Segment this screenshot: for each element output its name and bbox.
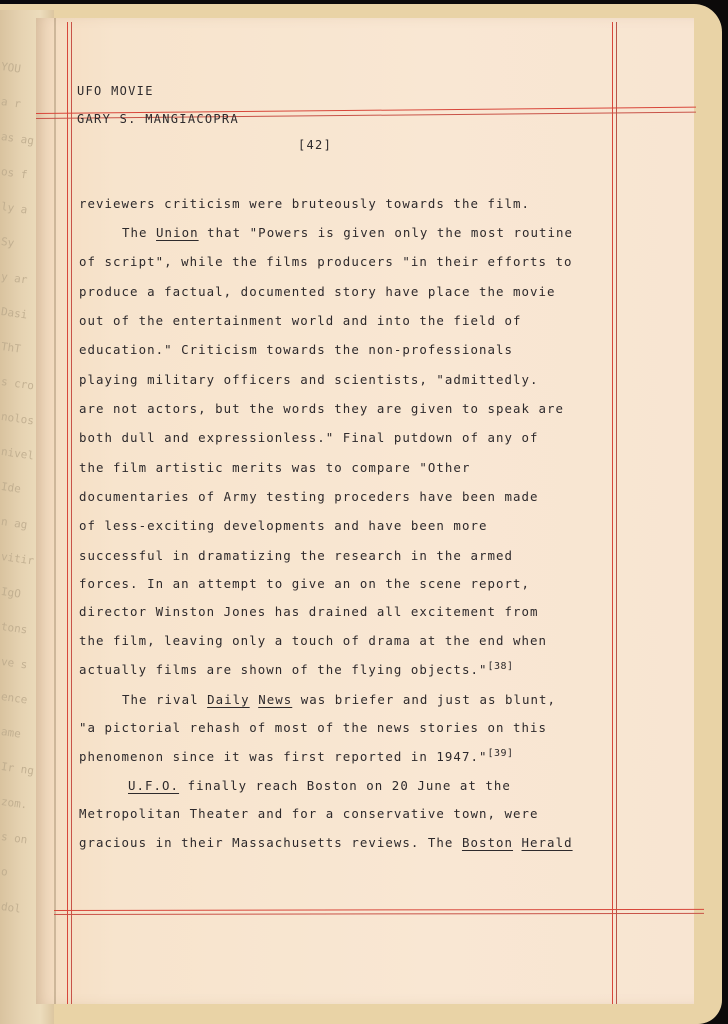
facing-page-text: y ar <box>0 270 28 287</box>
text-segment: gracious in their Massachusetts reviews.… <box>79 835 462 850</box>
text-line: successful in dramatizing the research i… <box>79 548 513 563</box>
facing-page-text: as ag <box>0 130 35 147</box>
text-segment: director Winston Jones has drained all e… <box>79 604 539 619</box>
text-segment: both dull and expressionless." Final put… <box>79 430 539 445</box>
text-segment: playing military officers and scientists… <box>79 372 539 387</box>
text-segment: finally reach Boston on 20 June at the <box>179 778 511 793</box>
text-line: the film artistic merits was to compare … <box>79 460 470 475</box>
text-line: are not actors, but the words they are g… <box>79 401 564 416</box>
facing-page-text: nolos <box>0 410 35 427</box>
underlined-title: Union <box>156 225 199 240</box>
text-line: gracious in their Massachusetts reviews.… <box>79 835 573 850</box>
facing-page-text: nivel <box>0 445 35 462</box>
text-segment: the film artistic merits was to compare … <box>79 460 470 475</box>
text-segment: of script", while the films producers "i… <box>79 254 573 269</box>
underlined-title: Herald <box>522 835 573 850</box>
text-segment: was briefer and just as blunt, <box>292 692 556 707</box>
text-line: The Union that "Powers is given only the… <box>122 225 573 240</box>
document-page <box>36 18 694 1004</box>
text-line: director Winston Jones has drained all e… <box>79 604 539 619</box>
text-line: Metropolitan Theater and for a conservat… <box>79 806 539 821</box>
underlined-title: News <box>258 692 292 707</box>
facing-page-text: Ir ng <box>0 760 35 777</box>
facing-page-text: a r <box>0 95 21 111</box>
text-line: actually films are shown of the flying o… <box>79 661 514 677</box>
text-line: "a pictorial rehash of most of the news … <box>79 720 547 735</box>
text-line: both dull and expressionless." Final put… <box>79 430 539 445</box>
text-segment: The rival <box>122 692 207 707</box>
text-segment: actually films are shown of the flying o… <box>79 662 487 677</box>
text-segment <box>513 835 522 850</box>
document-author: GARY S. MANGIACOPRA <box>77 112 239 126</box>
facing-page-text: zom. <box>0 795 28 812</box>
footnote-reference: [38] <box>487 661 513 672</box>
facing-page-text: ame <box>0 725 21 741</box>
facing-page-text: YOU <box>0 60 21 76</box>
text-line: the film, leaving only a touch of drama … <box>79 633 547 648</box>
text-segment <box>250 692 259 707</box>
text-line: out of the entertainment world and into … <box>79 313 522 328</box>
facing-page-text: ThT <box>0 340 21 356</box>
margin-rule-left-inner <box>71 22 72 1004</box>
facing-page-text: s cro <box>0 375 35 392</box>
facing-page-text: o <box>0 865 8 879</box>
footnote-reference: [39] <box>487 748 513 759</box>
margin-rule-right-inner <box>616 22 617 1004</box>
text-segment: of less-exciting developments and have b… <box>79 518 487 533</box>
page-gutter-shadow <box>54 18 56 1004</box>
facing-page-text: vitir <box>0 550 35 567</box>
facing-page-text: ence <box>0 690 28 707</box>
text-line: U.F.O. finally reach Boston on 20 June a… <box>128 778 511 793</box>
text-segment: successful in dramatizing the research i… <box>79 548 513 563</box>
text-line: reviewers criticism were bruteously towa… <box>79 196 530 211</box>
document-title: UFO MOVIE <box>77 84 154 98</box>
facing-page-text: tons <box>0 620 28 637</box>
text-line: education." Criticism towards the non-pr… <box>79 342 513 357</box>
text-segment: out of the entertainment world and into … <box>79 313 522 328</box>
text-line: The rival Daily News was briefer and jus… <box>122 692 556 707</box>
facing-page-text: ly a <box>0 200 28 217</box>
text-segment: "a pictorial rehash of most of the news … <box>79 720 547 735</box>
margin-rule-right-outer <box>612 22 613 1004</box>
text-segment: the film, leaving only a touch of drama … <box>79 633 547 648</box>
facing-page-text: os f <box>0 165 28 182</box>
facing-page-text: Dasi <box>0 305 28 322</box>
text-line: forces. In an attempt to give an on the … <box>79 576 530 591</box>
page-number: [42] <box>298 138 332 152</box>
text-line: documentaries of Army testing proceders … <box>79 489 539 504</box>
underlined-title: U.F.O. <box>128 778 179 793</box>
facing-page-text: s on <box>0 830 28 847</box>
text-line: produce a factual, documented story have… <box>79 284 556 299</box>
text-line: of script", while the films producers "i… <box>79 254 573 269</box>
facing-page-text: ve s <box>0 655 28 672</box>
text-line: playing military officers and scientists… <box>79 372 539 387</box>
text-segment: produce a factual, documented story have… <box>79 284 556 299</box>
text-segment: documentaries of Army testing proceders … <box>79 489 539 504</box>
margin-rule-left-outer <box>67 22 68 1004</box>
text-segment: forces. In an attempt to give an on the … <box>79 576 530 591</box>
text-segment: reviewers criticism were bruteously towa… <box>79 196 530 211</box>
facing-page-text: IgO <box>0 585 21 601</box>
facing-page-text: Ide <box>0 480 21 496</box>
text-segment: that "Powers is given only the most rout… <box>199 225 573 240</box>
facing-page-text: dol <box>0 900 21 916</box>
underlined-title: Daily <box>207 692 250 707</box>
text-line: of less-exciting developments and have b… <box>79 518 487 533</box>
underlined-title: Boston <box>462 835 513 850</box>
text-line: phenomenon since it was first reported i… <box>79 748 514 764</box>
facing-page-text: Sy <box>0 235 15 250</box>
text-segment: The <box>122 225 156 240</box>
text-segment: education." Criticism towards the non-pr… <box>79 342 513 357</box>
text-segment: are not actors, but the words they are g… <box>79 401 564 416</box>
text-segment: Metropolitan Theater and for a conservat… <box>79 806 539 821</box>
facing-page-text: n ag <box>0 515 28 532</box>
text-segment: phenomenon since it was first reported i… <box>79 749 487 764</box>
